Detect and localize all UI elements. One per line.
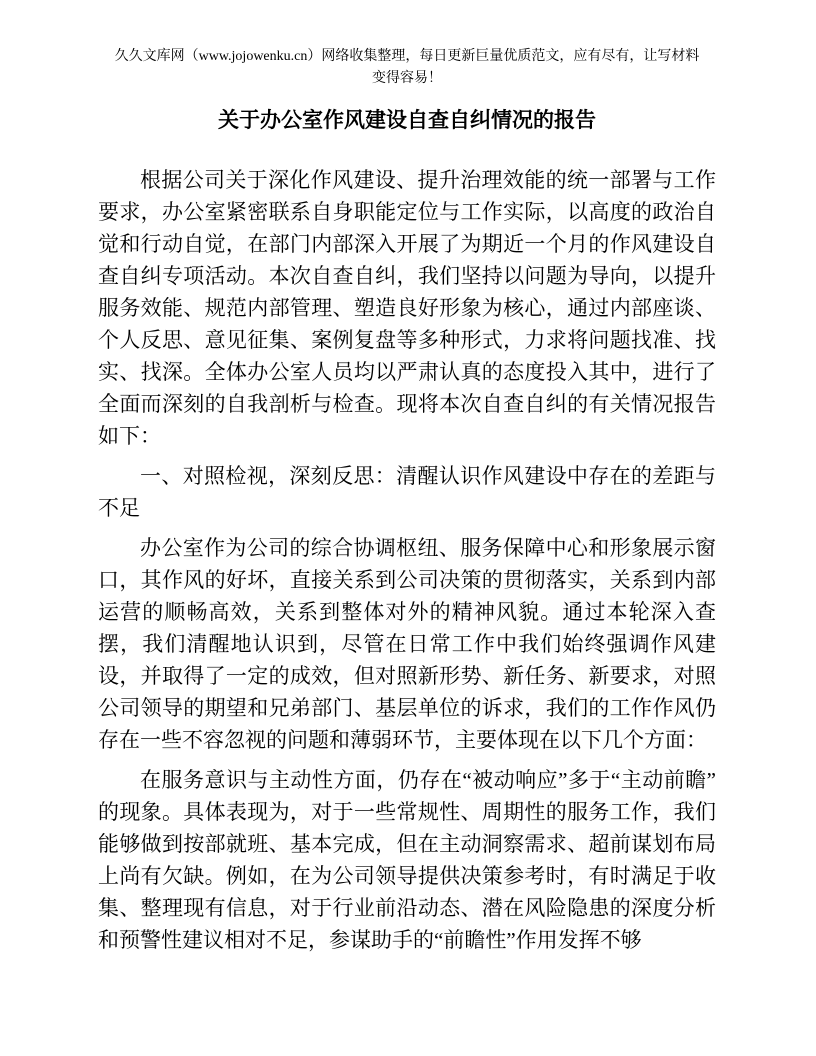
document-title: 关于办公室作风建设自查自纠情况的报告 [98,104,716,136]
document-body: 根据公司关于深化作风建设、提升治理效能的统一部署与工作要求，办公室紧密联系自身职… [98,164,716,956]
document-viewer: { "header": { "notice": "久久文库网（www.jojow… [0,0,816,1056]
intro-paragraph: 根据公司关于深化作风建设、提升治理效能的统一部署与工作要求，办公室紧密联系自身职… [98,164,716,452]
site-notice: 久久文库网（www.jojowenku.cn）网络收集整理，每日更新巨量优质范文… [108,46,706,90]
section-1-heading: 一、对照检视，深刻反思：清醒认识作风建设中存在的差距与不足 [98,460,716,524]
document-page: 久久文库网（www.jojowenku.cn）网络收集整理，每日更新巨量优质范文… [0,0,816,1056]
section-1-paragraph-1: 办公室作为公司的综合协调枢纽、服务保障中心和形象展示窗口，其作风的好坏，直接关系… [98,532,716,756]
section-1-paragraph-2: 在服务意识与主动性方面，仍存在“被动响应”多于“主动前瞻”的现象。具体表现为，对… [98,764,716,956]
